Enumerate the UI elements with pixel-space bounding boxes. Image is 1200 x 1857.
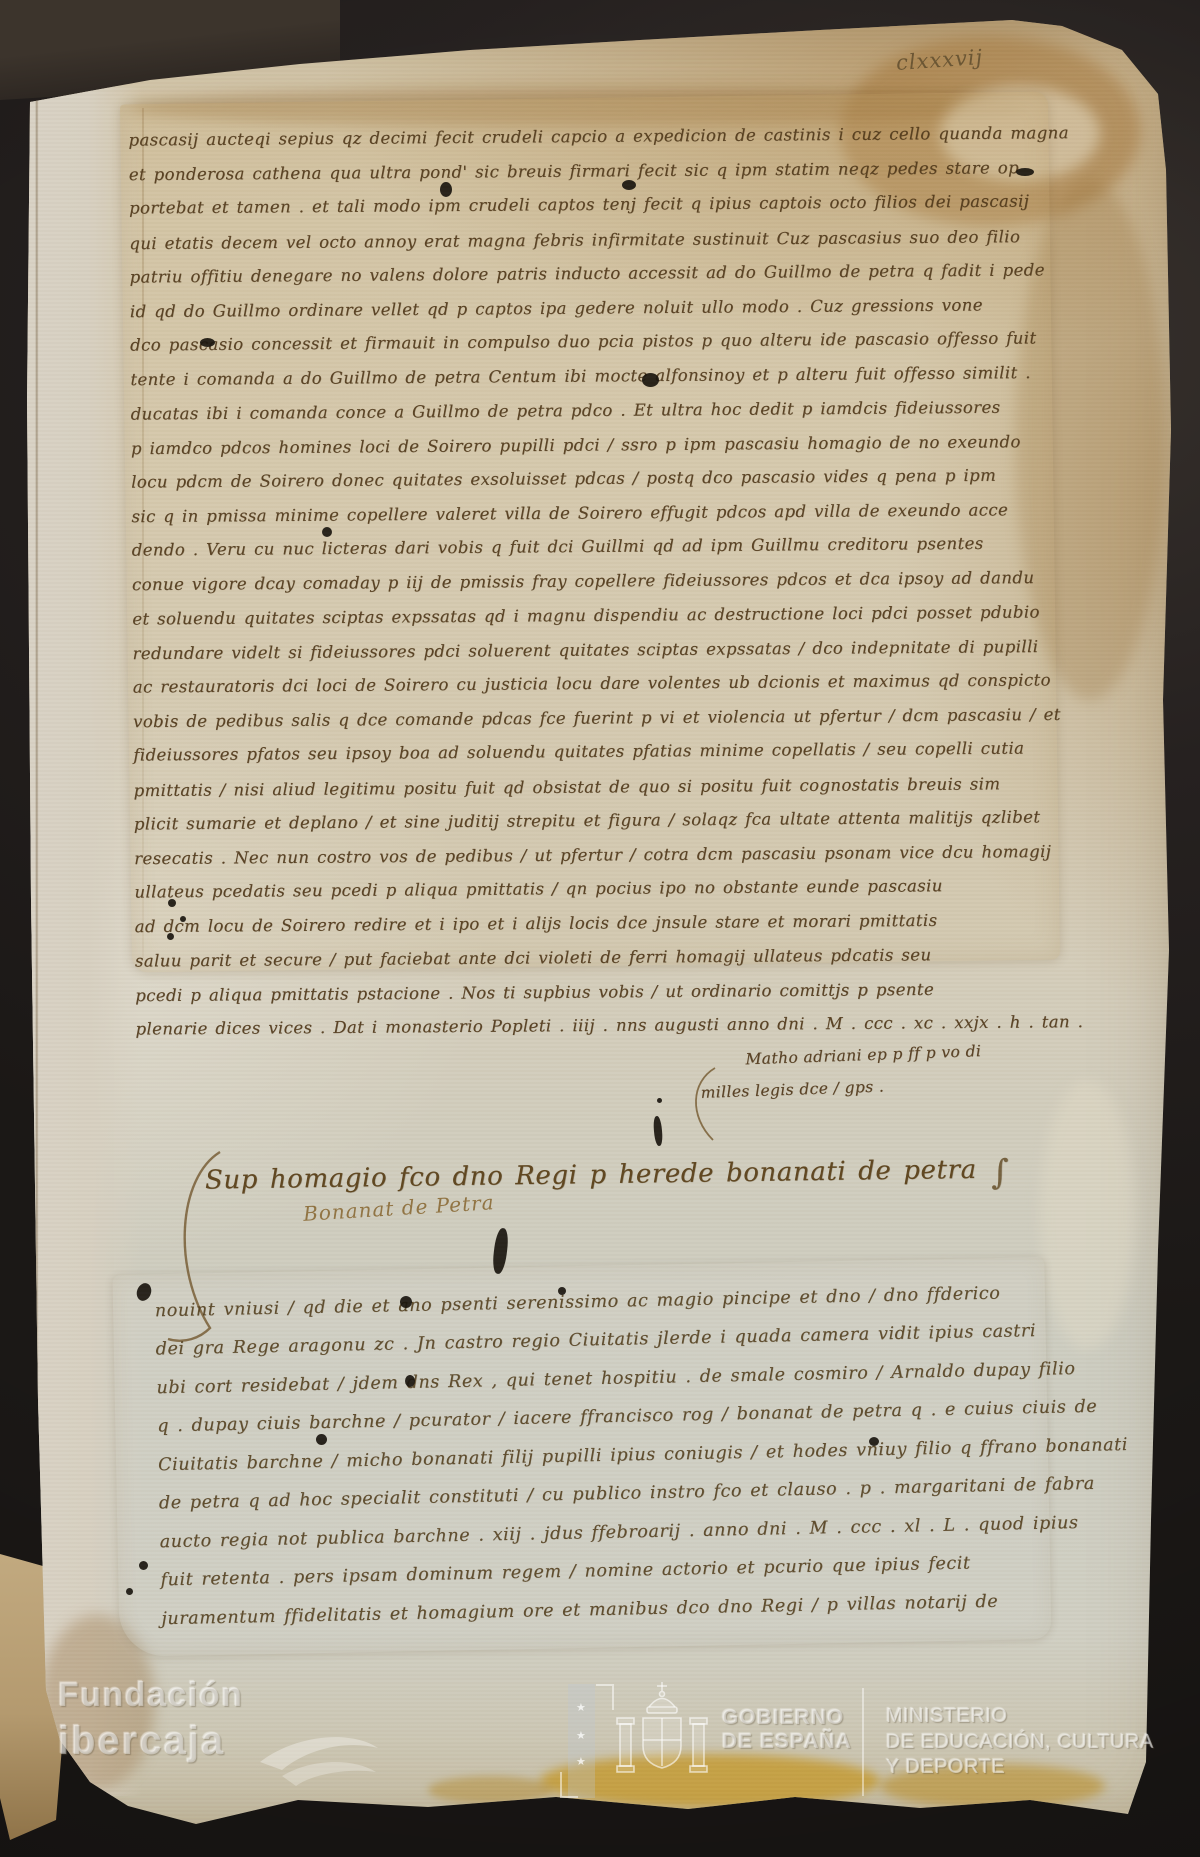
star-icon [576, 1756, 588, 1768]
ink-blot [440, 182, 452, 197]
ink-blot [657, 1098, 662, 1103]
flourish-icon: ∫ [976, 1152, 1009, 1192]
ink-blot [642, 373, 659, 387]
watermark-gobierno: GOBIERNO DE ESPAÑA [722, 1706, 852, 1754]
text-block-1: pascasij aucteqi sepius qz decimi fecit … [128, 116, 1045, 1046]
ministerio-wordmark-line1: MINISTERIO [886, 1704, 1154, 1730]
manuscript-page: clxxxvij pascasij aucteqi sepius qz deci… [0, 0, 1200, 1857]
ink-blot [322, 527, 332, 537]
section-heading-text: Sup homagio fco dno Regi p herede bonana… [205, 1155, 977, 1196]
chancery-note: Matho adriani ep p ff p vo di milles leg… [699, 1035, 983, 1109]
fundacion-wordmark: Fundación [58, 1678, 243, 1712]
gobierno-wordmark-line1: GOBIERNO [722, 1706, 852, 1730]
logo-corner-bracket [560, 1772, 578, 1798]
ibercaja-emblem-icon [254, 1720, 384, 1792]
archive-photo: clxxxvij pascasij aucteqi sepius qz deci… [0, 0, 1200, 1857]
ink-blot [180, 916, 186, 922]
gobierno-wordmark-line2: DE ESPAÑA [722, 1730, 852, 1754]
spain-coat-of-arms-icon [612, 1680, 712, 1792]
ink-blot [400, 1296, 412, 1308]
ministerio-wordmark-line3: Y DEPORTE [886, 1755, 1154, 1781]
star-icon [576, 1702, 588, 1714]
ink-blot [168, 899, 176, 907]
ink-blot [405, 1375, 415, 1387]
watermark-divider [862, 1688, 864, 1796]
ink-blot [316, 1434, 327, 1445]
section-heading: Sup homagio fco dno Regi p herede bonana… [205, 1152, 1010, 1203]
ink-blot [653, 1116, 664, 1147]
ministerio-wordmark-line2: DE EDUCACIÓN, CULTURA [886, 1730, 1154, 1756]
ink-blot [869, 1437, 879, 1446]
watermark-fundacion-ibercaja: Fundación ibercaja [58, 1678, 243, 1761]
ink-blot [139, 1561, 148, 1570]
ink-blot [622, 180, 636, 190]
ink-blot [126, 1588, 133, 1595]
ibercaja-wordmark: ibercaja [58, 1721, 243, 1761]
ink-blot [558, 1287, 566, 1295]
star-icon [576, 1730, 588, 1742]
text-block-2: nouint vniusi / qd die et ano psenti ser… [154, 1273, 1066, 1638]
watermark-ministerio: MINISTERIO DE EDUCACIÓN, CULTURA Y DEPOR… [886, 1704, 1154, 1781]
ink-blot [200, 338, 215, 347]
ink-blot [1016, 168, 1034, 176]
ink-blot [167, 933, 174, 940]
